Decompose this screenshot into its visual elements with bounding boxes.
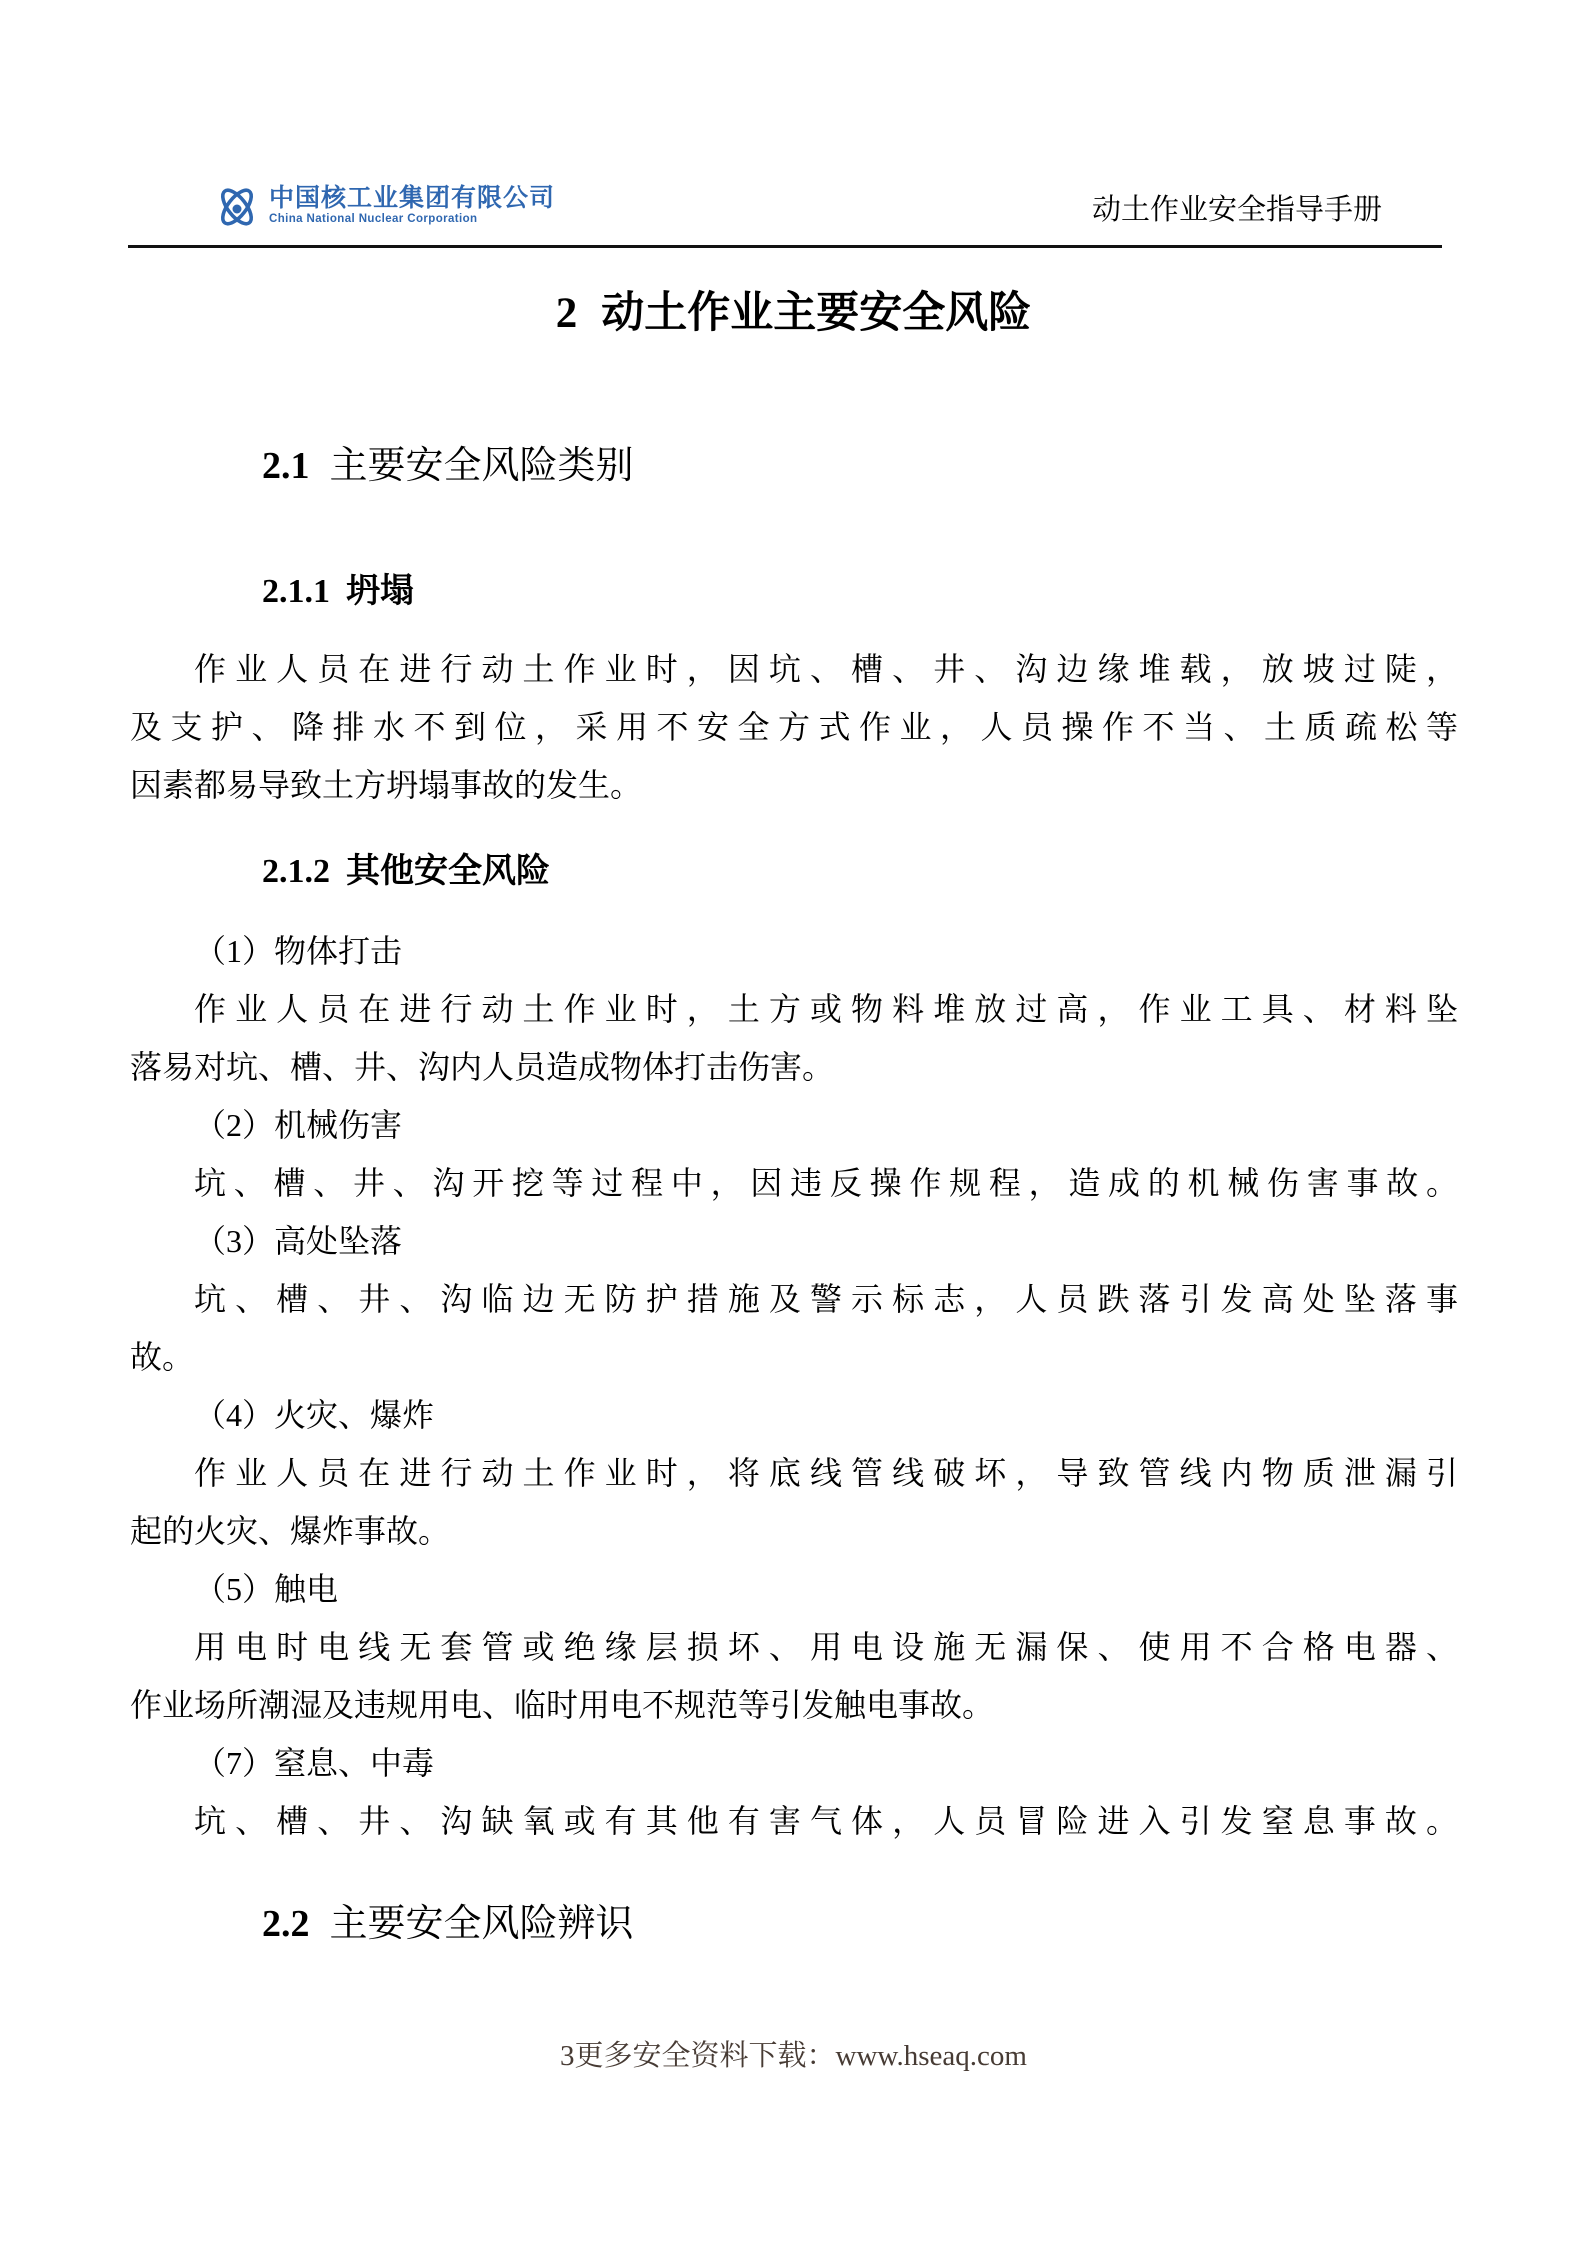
logo-name-en: China National Nuclear Corporation: [269, 214, 555, 226]
section-number: 2.1: [262, 445, 310, 487]
logo-name-zh: 中国核工业集团有限公司: [269, 186, 555, 211]
section-heading-2-1: 2.1主要安全风险类别: [262, 440, 634, 492]
chapter-title: 2动土作业主要安全风险: [0, 284, 1587, 344]
logo-text: 中国核工业集团有限公司 China National Nuclear Corpo…: [269, 186, 555, 226]
section-number: 2.2: [262, 1903, 310, 1945]
paragraph-line: 及支护、降排水不到位，采用不安全方式作业，人员操作不当、土质疏松等: [130, 698, 1458, 756]
paragraph-line: 作业人员在进行动土作业时，将底线管线破坏，导致管线内物质泄漏引: [130, 1444, 1458, 1502]
list-item-label: （4）火灾、爆炸: [130, 1386, 1458, 1444]
paragraph-line: 作业人员在进行动土作业时，因坑、槽、井、沟边缘堆载，放坡过陡，: [130, 640, 1458, 698]
list-item-label: （3）高处坠落: [130, 1212, 1458, 1270]
section-heading-2-2: 2.2主要安全风险辨识: [262, 1898, 634, 1950]
paragraph-line: 落易对坑、槽、井、沟内人员造成物体打击伤害。: [130, 1038, 1458, 1096]
page-footer: 3更多安全资料下载：www.hseaq.com: [0, 2034, 1587, 2078]
section-number: 2.1.1: [262, 573, 330, 610]
paragraph-line: 坑、槽、井、沟临边无防护措施及警示标志，人员跌落引发高处坠落事: [130, 1270, 1458, 1328]
paragraph-line: 坑、槽、井、沟缺氧或有其他有害气体，人员冒险进入引发窒息事故。: [130, 1792, 1458, 1850]
header-doc-title: 动土作业安全指导手册: [1092, 192, 1382, 228]
header-rule: [128, 245, 1442, 248]
section-heading-2-1-1: 2.1.1坍塌: [262, 568, 414, 615]
paragraph-line: 用电时电线无套管或绝缘层损坏、用电设施无漏保、使用不合格电器、: [130, 1618, 1458, 1676]
section-title-text: 主要安全风险类别: [330, 445, 634, 487]
list-item-label: （5）触电: [130, 1560, 1458, 1618]
paragraph-line: 起的火灾、爆炸事故。: [130, 1502, 1458, 1560]
document-page: 中国核工业集团有限公司 China National Nuclear Corpo…: [0, 0, 1587, 2245]
paragraph-line: 作业人员在进行动土作业时，土方或物料堆放过高，作业工具、材料坠: [130, 980, 1458, 1038]
section-heading-2-1-2: 2.1.2其他安全风险: [262, 848, 550, 895]
list-item-label: （1）物体打击: [130, 922, 1458, 980]
list-item-label: （7）窒息、中毒: [130, 1734, 1458, 1792]
chapter-title-text: 动土作业主要安全风险: [601, 290, 1031, 337]
section-title-text: 坍塌: [346, 572, 414, 610]
paragraph-line: 故。: [130, 1328, 1458, 1386]
paragraph-line: 作业场所潮湿及违规用电、临时用电不规范等引发触电事故。: [130, 1676, 1458, 1734]
cnnc-logo: 中国核工业集团有限公司 China National Nuclear Corpo…: [213, 180, 555, 232]
section-number: 2.1.2: [262, 853, 330, 890]
chapter-number: 2: [556, 290, 578, 337]
paragraph-line: 因素都易导致土方坍塌事故的发生。: [130, 756, 1458, 814]
section-title-text: 其他安全风险: [346, 852, 550, 890]
list-item-label: （2）机械伤害: [130, 1096, 1458, 1154]
section-title-text: 主要安全风险辨识: [330, 1903, 634, 1945]
paragraph-line: 坑、槽、井、沟开挖等过程中，因违反操作规程，造成的机械伤害事故。: [130, 1154, 1458, 1212]
atom-icon: [213, 180, 261, 232]
